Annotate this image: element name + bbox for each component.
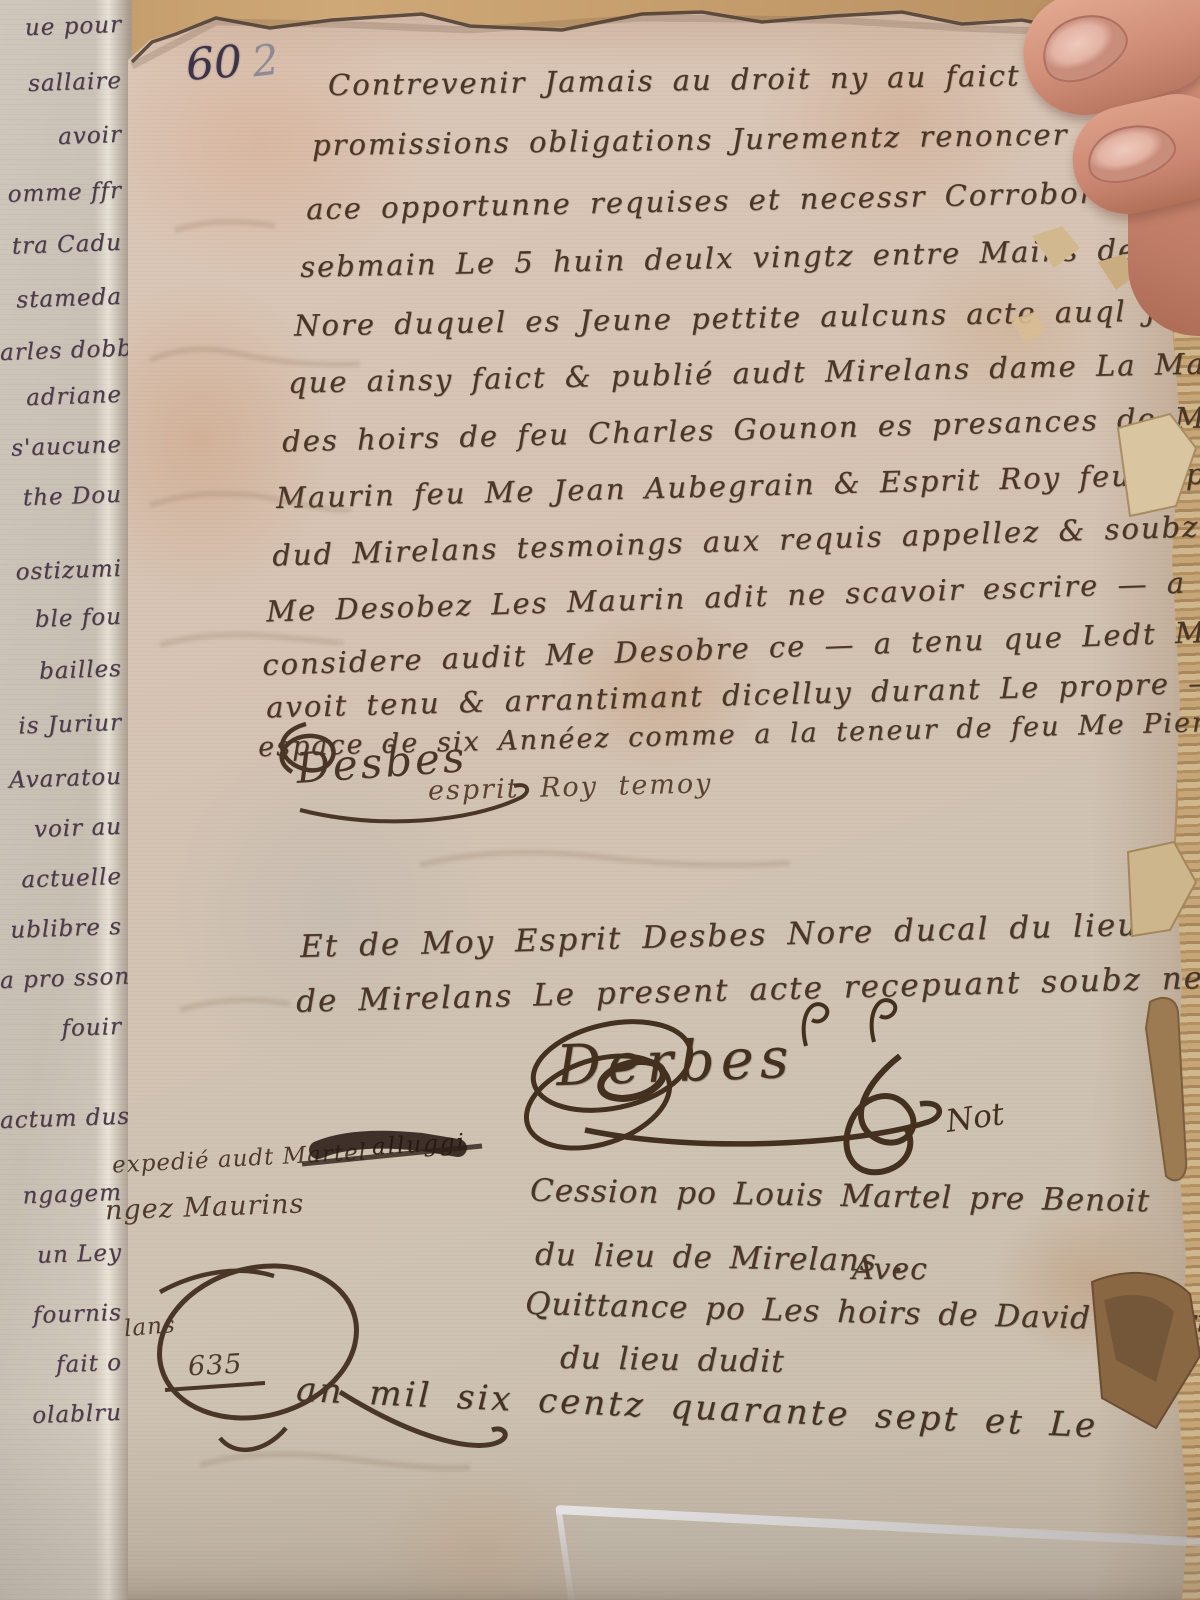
- left-page-fragment: voir au: [0, 814, 122, 844]
- left-page-fragment: a pro sson: [0, 964, 122, 994]
- margin-note-year: 635: [187, 1349, 243, 1383]
- left-page-fragment: olablru: [0, 1400, 122, 1430]
- left-page-fragment: fouir: [0, 1014, 122, 1044]
- left-page-fragment: ublibre s: [0, 914, 122, 944]
- left-page-fragment: un Ley: [0, 1240, 122, 1270]
- left-page-fragment: the Dou: [0, 482, 122, 512]
- left-page-fragment: stameda: [0, 284, 122, 314]
- registry-cession-line2: du lieu de Mirelans .: [535, 1237, 905, 1279]
- left-page-strip: ue pour sallaire avoir omme ffr tra Cadu…: [0, 0, 132, 1600]
- left-page-fragment: actuelle: [0, 864, 122, 894]
- folio-number-ink: 60: [184, 36, 243, 91]
- folio-number-pencil: 2: [249, 35, 282, 87]
- left-page-fragment: omme ffr: [0, 178, 122, 208]
- left-page-fragment: arles dobb: [0, 336, 122, 366]
- left-page-fragment: is Juriur: [0, 710, 122, 740]
- margin-note-place: lans: [123, 1312, 177, 1342]
- notary-signature: Derbes: [555, 1026, 796, 1099]
- photo-of-manuscript: ue pour sallaire avoir omme ffr tra Cadu…: [0, 0, 1200, 1600]
- registry-avec: Avec: [852, 1252, 928, 1287]
- left-page-fragment: tra Cadu: [0, 230, 122, 260]
- left-page-fragment: bailles: [0, 656, 122, 686]
- left-page-fragment: ostizumi: [0, 556, 122, 586]
- left-page-fragment: fait o: [0, 1350, 122, 1380]
- left-page-fragment: actum dussig: [0, 1104, 122, 1134]
- left-page-fragment: ble fou: [0, 604, 122, 634]
- registry-quittance-line2: du lieu dudit: [560, 1340, 785, 1380]
- left-page-fragment: s'aucune: [0, 432, 122, 462]
- left-page-fragment: sallaire: [0, 68, 122, 98]
- left-page-fragment: fournis: [0, 1300, 122, 1330]
- margin-note-struck-word: alluggi: [371, 1130, 466, 1161]
- left-page-fragment: adriane: [0, 382, 122, 412]
- left-page-fragment: Avaratou: [0, 764, 122, 794]
- left-page-fragment: ue pour: [0, 12, 122, 42]
- left-page-fragment: avoir: [0, 122, 122, 152]
